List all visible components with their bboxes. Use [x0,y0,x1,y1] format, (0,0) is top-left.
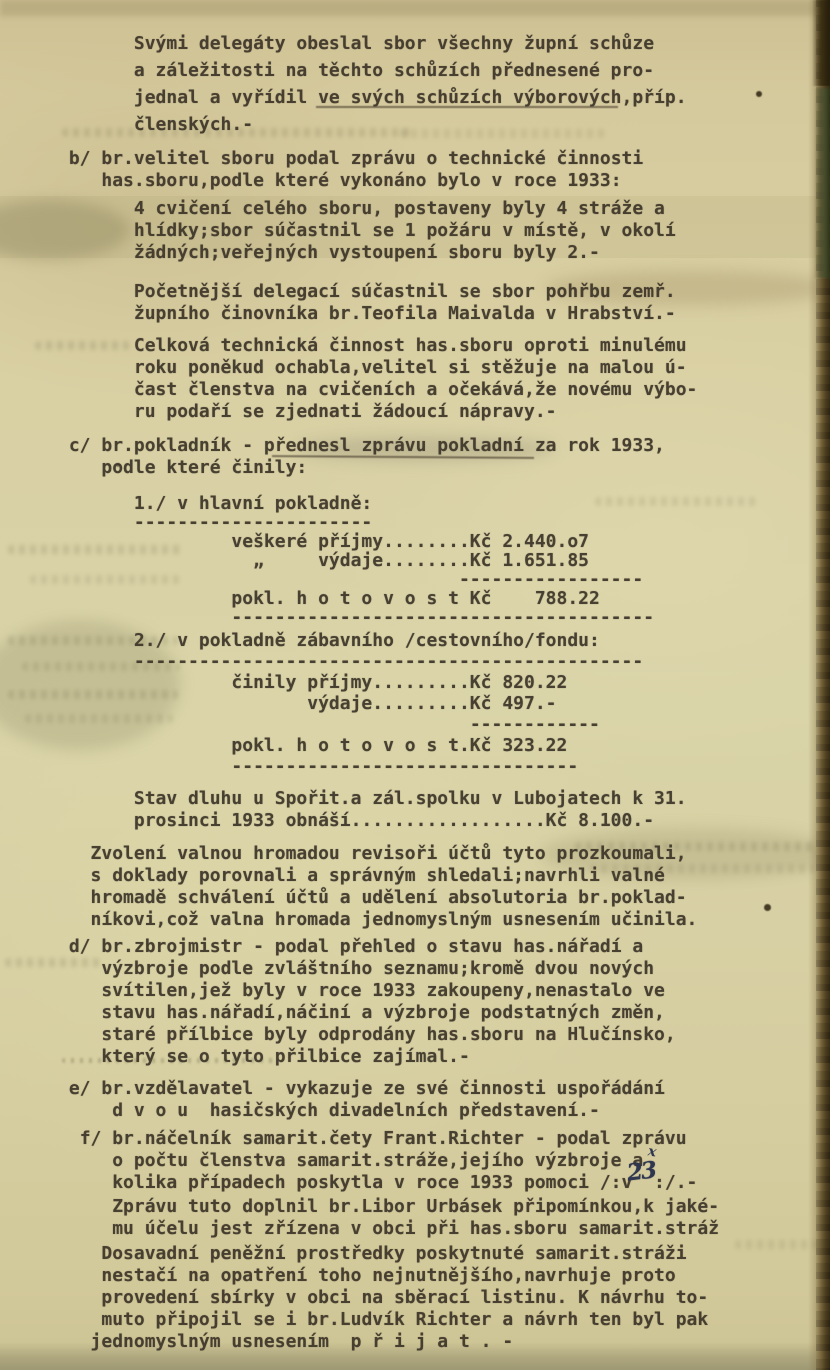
stain [0,0,830,16]
paragraph-opening: Svými delegáty obeslal sbor všechny župn… [58,30,788,138]
paragraph-sbirka: Dosavadní peněžní prostředky poskytnuté … [58,1243,788,1353]
cash-report-fund: 2./ v pokladně zábavního /cestovního/fon… [58,630,788,777]
paragraph-stav-dluhu: Stav dluhu u Spořit.a zál.spolku v Luboj… [58,788,788,832]
page-edge-shadow [814,88,830,278]
paragraph-delegace: Početnější delegací súčastnil se sbor po… [58,281,788,325]
cash-report-main: 1./ v hlavní pokladně: -----------------… [58,494,788,627]
paragraph-revisori: Zvolení valnou hromadou revisoři účtů ty… [58,843,788,931]
paragraph-technicka-cinnost: Celková technická činnost has.sboru opro… [58,335,788,423]
paragraph-cviceni: 4 cvičení celého sboru, postaveny byly 4… [58,198,788,264]
item-b-velitel: b/ br.velitel sboru podal zprávu o techn… [58,148,788,192]
handwritten-number: 23 [625,1156,656,1186]
document-text: Svými delegáty obeslal sbor všechny župn… [58,22,788,1353]
page-edge-corner [812,0,830,86]
item-f-samaritani: f/ br.náčelník samarit.čety Frant.Richte… [58,1128,788,1194]
item-e-vzdelavatel: e/ br.vzdělavatel - vykazuje ze své činn… [58,1078,788,1122]
scanned-document-page: Svými delegáty obeslal sbor všechny župn… [0,0,830,1370]
paragraph-urbasek: Zprávu tuto doplnil br.Libor Urbásek při… [58,1196,788,1240]
item-d-zbrojmistr: d/ br.zbrojmistr - podal přehled o stavu… [58,936,788,1068]
underline-mark [316,106,618,108]
